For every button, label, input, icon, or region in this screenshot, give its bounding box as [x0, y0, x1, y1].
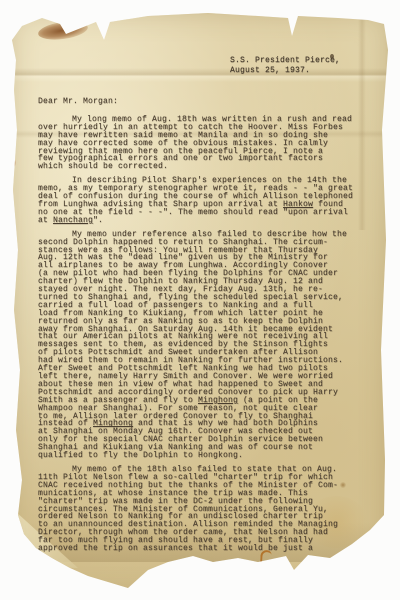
- paragraph-1: My long memo of Aug. 18th was written in…: [38, 116, 370, 171]
- red-stain-dot: [8, 158, 16, 168]
- paragraph-3: My memo under reference also failed to d…: [38, 231, 370, 460]
- letter-paper: S.S. President Pierce, August 25, 1937. …: [8, 10, 390, 598]
- letter-body: Dear Mr. Morgan: My long memo of Aug. 18…: [38, 98, 370, 559]
- rust-stain: [37, 19, 89, 43]
- paragraph-4: My memo of the 18th also failed to state…: [38, 466, 370, 553]
- date-line: August 25, 1937.: [230, 66, 340, 76]
- letter-heading: S.S. President Pierce, August 25, 1937.: [230, 56, 340, 76]
- salutation: Dear Mr. Morgan:: [38, 98, 370, 106]
- paragraph-2: In describing Pilot Sharp's experiences …: [38, 177, 370, 224]
- ship-name-line: S.S. President Pierce,: [230, 56, 340, 66]
